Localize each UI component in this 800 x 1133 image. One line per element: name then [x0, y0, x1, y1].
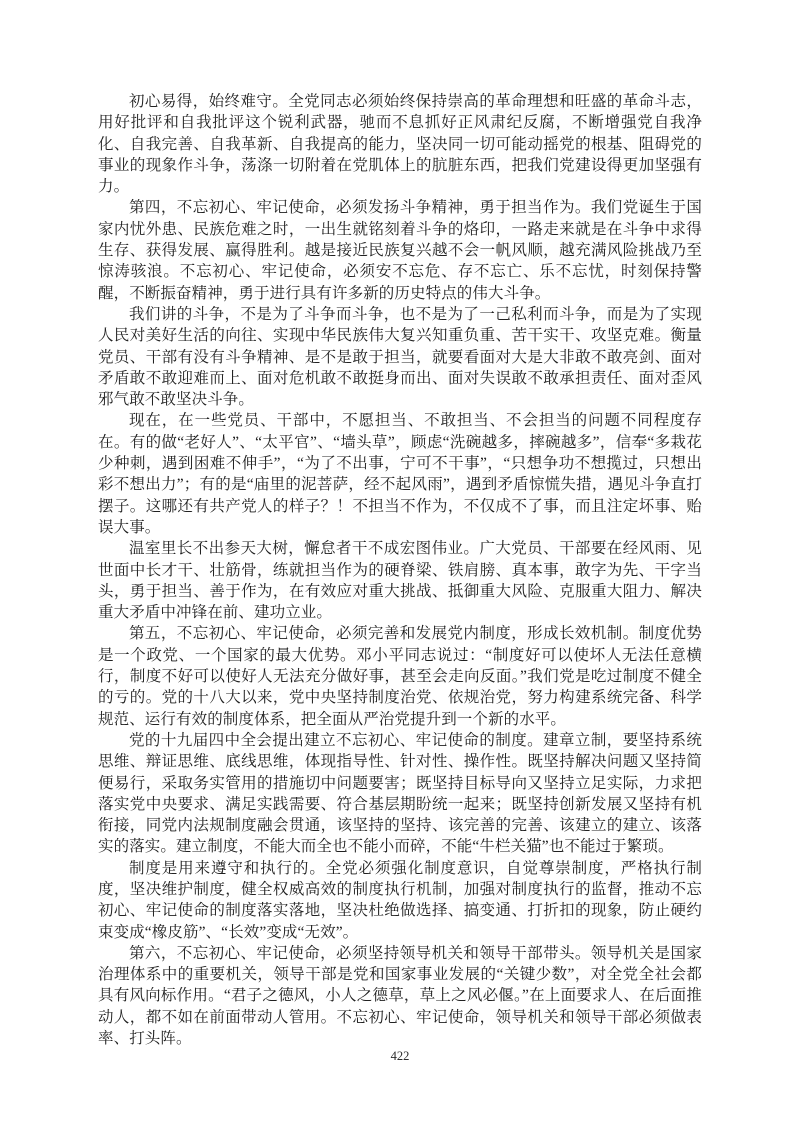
paragraph: 现在，在一些党员、干部中，不愿担当、不敢担当、不会担当的问题不同程度存在。有的做… [98, 410, 702, 538]
paragraph: 制度是用来遵守和执行的。全党必须强化制度意识，自觉尊崇制度，严格执行制度，坚决维… [98, 858, 702, 943]
page-number: 422 [0, 1048, 800, 1064]
paragraph: 第六，不忘初心、牢记使命，必须坚持领导机关和领导干部带头。领导机关是国家治理体系… [98, 943, 702, 1049]
paragraph: 党的十九届四中全会提出建立不忘初心、牢记使命的制度。建章立制，要坚持系统思维、辩… [98, 730, 702, 858]
paragraph: 初心易得，始终难守。全党同志必须始终保持崇高的革命理想和旺盛的革命斗志，用好批评… [98, 91, 702, 197]
paragraph: 第四，不忘初心、牢记使命，必须发扬斗争精神，勇于担当作为。我们党诞生于国家内忧外… [98, 197, 702, 303]
paragraph: 第五，不忘初心、牢记使命，必须完善和发展党内制度，形成长效机制。制度优势是一个政… [98, 623, 702, 729]
paragraph: 我们讲的斗争，不是为了斗争而斗争，也不是为了一己私利而斗争，而是为了实现人民对美… [98, 304, 702, 410]
paragraph: 温室里长不出参天大树，懈怠者干不成宏图伟业。广大党员、干部要在经风雨、见世面中长… [98, 538, 702, 623]
document-page: 初心易得，始终难守。全党同志必须始终保持崇高的革命理想和旺盛的革命斗志，用好批评… [0, 0, 800, 1133]
text-block: 初心易得，始终难守。全党同志必须始终保持崇高的革命理想和旺盛的革命斗志，用好批评… [98, 91, 702, 1049]
